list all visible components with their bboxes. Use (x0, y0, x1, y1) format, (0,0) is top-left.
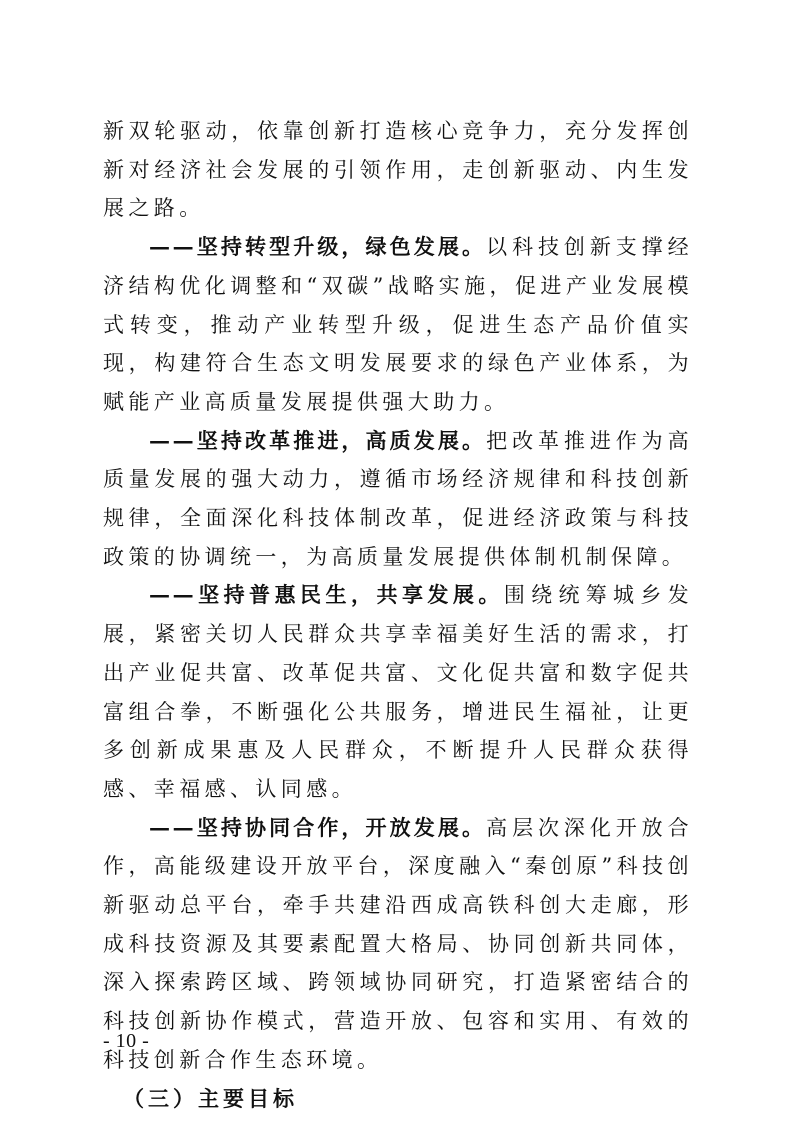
paragraph-lead: ——坚持转型升级，绿色发展。 (149, 234, 486, 259)
paragraph-shared-development: ——坚持普惠民生，共享发展。围绕统筹城乡发展，紧密关切人民群众共享幸福美好生活的… (103, 576, 693, 808)
paragraph-text: 新双轮驱动，依靠创新打造核心竞争力，充分发挥创新对经济社会发展的引领作用，走创新… (103, 119, 693, 220)
paragraph-text: 高层次深化开放合作，高能级建设开放平台，深度融入“秦创原”科技创新驱动总平台，牵… (103, 816, 693, 1072)
paragraph-lead: ——坚持协同合作，开放发展。 (149, 815, 486, 840)
section-heading: （三）主要目标 (103, 1080, 693, 1119)
paragraph-open-development: ——坚持协同合作，开放发展。高层次深化开放合作，高能级建设开放平台，深度融入“秦… (103, 809, 693, 1080)
paragraph-green-development: ——坚持转型升级，绿色发展。以科技创新支撑经济结构优化调整和“双碳”战略实施，促… (103, 228, 693, 422)
paragraph-lead: ——坚持普惠民生，共享发展。 (149, 582, 504, 607)
document-page: 新双轮驱动，依靠创新打造核心竞争力，充分发挥创新对经济社会发展的引领作用，走创新… (0, 0, 793, 1122)
paragraph-reform-development: ——坚持改革推进，高质发展。把改革推进作为高质量发展的强大动力，遵循市场经济规律… (103, 422, 693, 577)
paragraph-lead: ——坚持改革推进，高质发展。 (149, 428, 486, 453)
paragraph-continuation: 新双轮驱动，依靠创新打造核心竞争力，充分发挥创新对经济社会发展的引领作用，走创新… (103, 112, 693, 228)
page-number: - 10 - (103, 1030, 149, 1053)
paragraph-text: 围绕统筹城乡发展，紧密关切人民群众共享幸福美好生活的需求，打出产业促共富、改革促… (103, 583, 693, 801)
paragraph-text: 以科技创新支撑经济结构优化调整和“双碳”战略实施，促进产业发展模式转变，推动产业… (103, 235, 693, 414)
document-body: 新双轮驱动，依靠创新打造核心竞争力，充分发挥创新对经济社会发展的引领作用，走创新… (103, 112, 693, 1118)
